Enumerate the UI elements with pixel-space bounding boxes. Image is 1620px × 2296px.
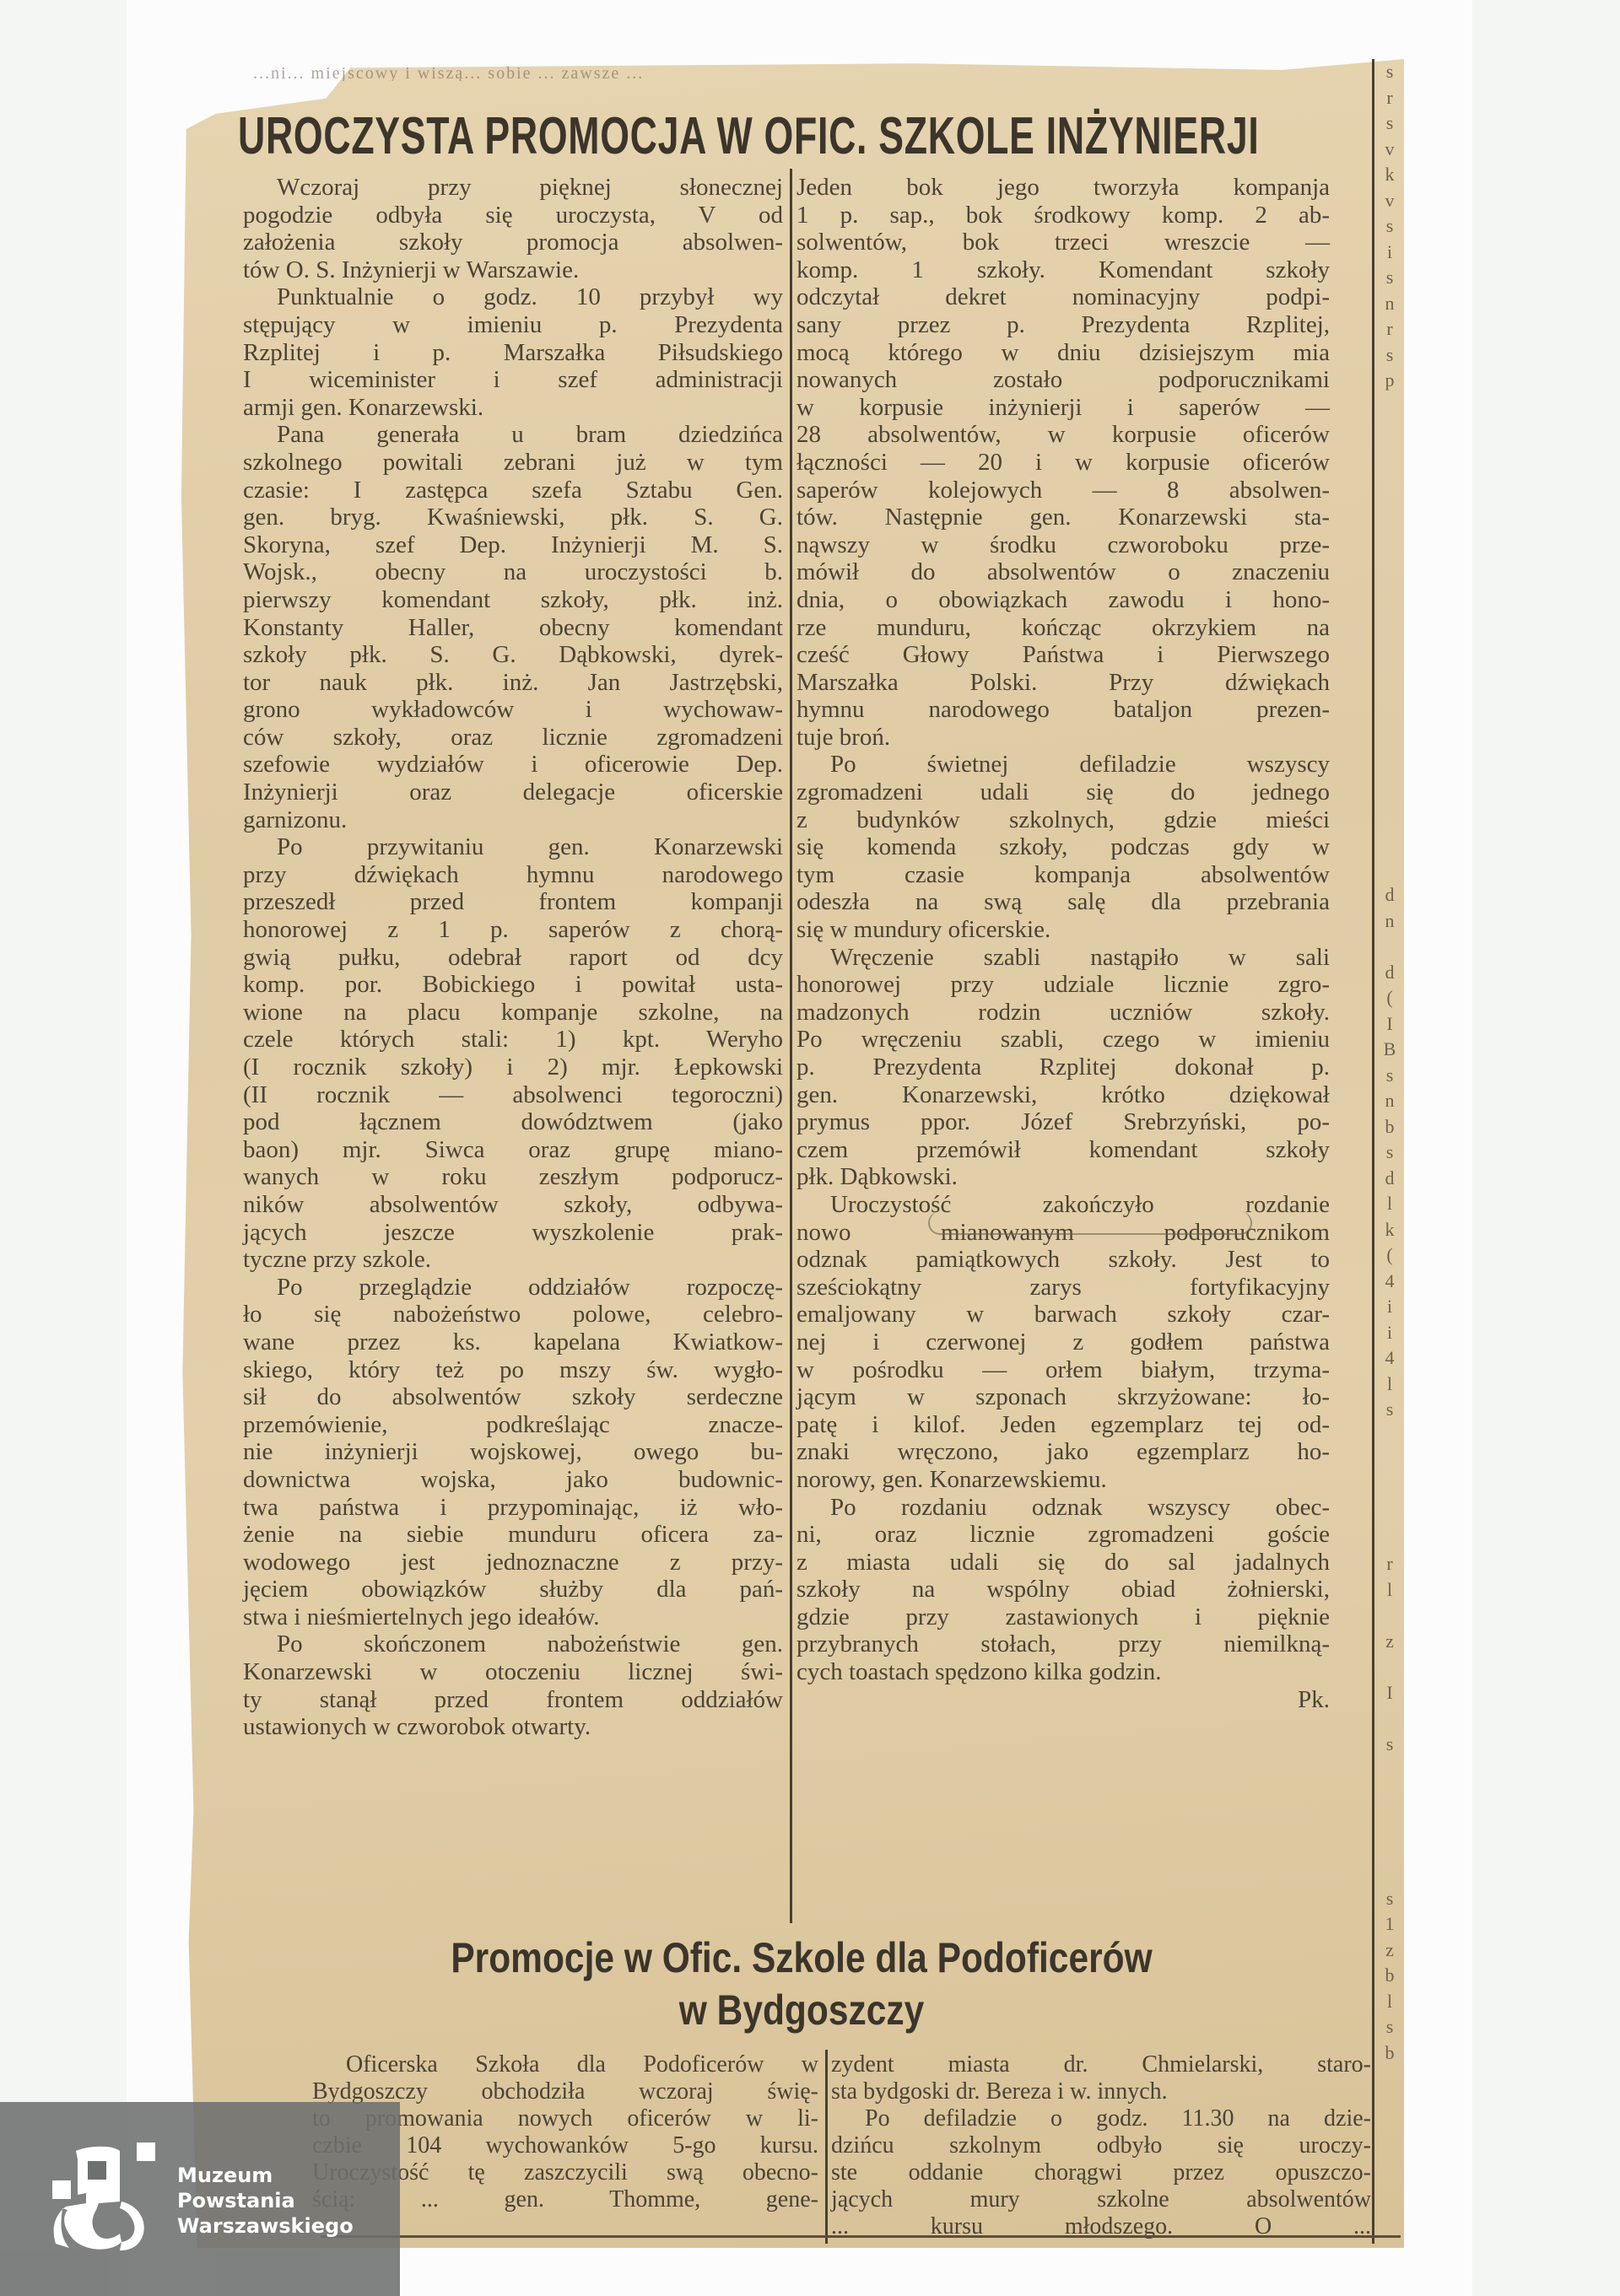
- text-line: gen. bryg. Kwaśniewski, płk. S. G.: [243, 504, 783, 531]
- text-line: hymnu narodowego bataljon prezen-: [796, 696, 1330, 724]
- edge-letter: [1377, 1757, 1402, 1783]
- text-line: gdzie przy zastawionych i pięknie: [796, 1603, 1330, 1631]
- text-line: ców szkoły, oraz licznie zgromadzeni: [243, 724, 783, 752]
- text-line: nąwszy w środku czworoboku prze-: [796, 531, 1330, 559]
- edge-letter: r: [1377, 316, 1402, 342]
- museum-name: Muzeum Powstania Warszawskiego: [177, 2163, 354, 2239]
- edge-letter: s: [1377, 1397, 1402, 1423]
- edge-letter: s: [1377, 213, 1402, 240]
- text-line: dnia, o obowiązkach zawodu i hono-: [796, 586, 1330, 614]
- edge-letter: k: [1377, 1217, 1402, 1243]
- text-line: ste oddanie chorągwi przez opuszczo-: [831, 2159, 1371, 2186]
- edge-letter: l: [1377, 1577, 1402, 1603]
- text-line: baon) mjr. Siwca oraz grupę miano-: [243, 1136, 783, 1164]
- edge-letter: [1377, 497, 1402, 523]
- edge-letter: I: [1377, 1680, 1402, 1706]
- edge-letter: [1377, 419, 1402, 445]
- text-line: żenie na siebie munduru oficera za-: [243, 1521, 783, 1549]
- text-line: tyczne przy szkole.: [243, 1246, 783, 1274]
- text-line: Rzplitej i p. Marszałka Piłsudskiego: [243, 339, 783, 367]
- edge-letter: s: [1377, 2014, 1402, 2040]
- text-line: Po skończonem nabożeństwie gen.: [243, 1630, 783, 1658]
- text-line: madzonych rodzin uczniów szkoły.: [796, 999, 1330, 1027]
- edge-letter: i: [1377, 1294, 1402, 1320]
- text-line: emaljowany w barwach szkoły czar-: [796, 1301, 1330, 1329]
- text-line: pod łącznem dowództwem (jako: [243, 1108, 783, 1136]
- text-line: garnizonu.: [243, 806, 783, 834]
- edge-letter: s: [1377, 110, 1402, 137]
- text-line: w korpusie inżynierji i saperów —: [796, 394, 1330, 422]
- edge-letter: s: [1377, 59, 1402, 85]
- pen-underline-mark: [928, 1211, 1252, 1235]
- text-line: odczytał dekret nominacyjny podpi-: [796, 283, 1330, 311]
- kotwica-anchor-icon: [52, 2142, 158, 2252]
- text-line: Po rozdaniu odznak wszyscy obec-: [796, 1494, 1330, 1522]
- edge-letter: [1377, 625, 1402, 651]
- adjacent-column-fragment: srsvkvsisnrsp dn d(IBsnbsdlk(4ii4ls rl z…: [1377, 59, 1402, 2252]
- text-line: czele których stali: 1) kpt. Weryho: [243, 1026, 783, 1054]
- edge-letter: z: [1377, 1938, 1402, 1964]
- edge-letter: [1377, 806, 1402, 832]
- text-line: założenia szkoły promocja absolwen-: [243, 229, 783, 256]
- text-line: mocą którego w dniu dzisiejszym mia: [796, 339, 1330, 367]
- edge-letter: s: [1377, 1886, 1402, 1912]
- edge-letter: r: [1377, 85, 1402, 111]
- text-line: gen. Konarzewski, krótko dziękował: [796, 1081, 1330, 1109]
- text-line: nej i czerwonej z godłem państwa: [796, 1329, 1330, 1356]
- column-rule-2: [825, 2050, 828, 2244]
- text-line: mówił do absolwentów o znaczeniu: [796, 558, 1330, 586]
- edge-letter: (: [1377, 1242, 1402, 1269]
- text-line: stępujący w imieniu p. Prezydenta: [243, 311, 783, 339]
- text-line: znaki wręczono, jako egzemplarz ho-: [796, 1438, 1330, 1466]
- text-line: Skoryna, szef Dep. Inżynierji M. S.: [243, 531, 783, 559]
- text-line: przy dźwiękach hymnu narodowego: [243, 861, 783, 889]
- text-line: komp. 1 szkoły. Komendant szkoły: [796, 256, 1330, 284]
- article-2-right-column: zydent miasta dr. Chmielarski, staro-sta…: [831, 2051, 1371, 2240]
- edge-letter: [1377, 1474, 1402, 1501]
- text-line: ustawionych w czworobok otwarty.: [243, 1713, 783, 1741]
- edge-letter: 1: [1377, 1911, 1402, 1938]
- text-line: Pana generała u bram dziedzińca: [243, 421, 783, 449]
- edge-letter: [1377, 676, 1402, 703]
- edge-letter: [1377, 934, 1402, 960]
- text-line: Po przywitaniu gen. Konarzewski: [243, 833, 783, 861]
- text-line: skiego, który też po mszy św. wygło-: [243, 1356, 783, 1384]
- text-line: sta bydgoski dr. Bereza i w. innych.: [831, 2078, 1371, 2105]
- text-line: (I rocznik szkoły) i 2) mjr. Łepkowski: [243, 1054, 783, 1081]
- edge-letter: [1377, 1808, 1402, 1835]
- text-line: szkoły na wspólny obiad żołnierski,: [796, 1576, 1330, 1603]
- edge-letter: [1377, 1654, 1402, 1680]
- text-line: wane przez ks. kapelana Kwiatkow-: [243, 1329, 783, 1356]
- text-line: armji gen. Konarzewski.: [243, 394, 783, 422]
- article-2-headline: Promocje w Ofic. Szkole dla Podoficerów …: [253, 1932, 1350, 2036]
- text-line: nie inżynierji wojskowej, owego bu-: [243, 1438, 783, 1466]
- text-line: pierwszy komendant szkoły, płk. inż.: [243, 586, 783, 614]
- edge-letter: [1377, 831, 1402, 857]
- text-line: tuje broń.: [796, 724, 1330, 752]
- text-line: 1 p. sap., bok środkowy komp. 2 ab-: [796, 202, 1330, 229]
- edge-letter: s: [1377, 342, 1402, 369]
- edge-letter: [1377, 1603, 1402, 1629]
- edge-letter: z: [1377, 1629, 1402, 1655]
- edge-letter: [1377, 1860, 1402, 1886]
- text-line: nowanych zostało podporucznikami: [796, 366, 1330, 394]
- text-line: odeszła na swą salę dla przebrania: [796, 888, 1330, 916]
- column-rule: [790, 169, 792, 1923]
- edge-letter: l: [1377, 1372, 1402, 1398]
- edge-letter: d: [1377, 882, 1402, 908]
- text-line: szkolnego powitali zebrani już w tym: [243, 449, 783, 477]
- text-line: odznak pamiątkowych szkoły. Jest to: [796, 1246, 1330, 1274]
- edge-letter: n: [1377, 291, 1402, 317]
- text-line: czem przemówił komendant szkoły: [796, 1136, 1330, 1164]
- edge-letter: [1377, 548, 1402, 574]
- text-line: honorowej z 1 p. saperów z chorą-: [243, 916, 783, 944]
- text-line: Inżynierji oraz delegacje oficerskie: [243, 779, 783, 806]
- torn-top-fragment: ...ni... miejscowy i wiszą... sobie ... …: [253, 64, 1012, 81]
- text-line: grono wykładowców i wychowaw-: [243, 696, 783, 724]
- edge-letter: b: [1377, 1963, 1402, 1989]
- edge-letter: [1377, 600, 1402, 626]
- text-line: zgromadzeni udali się do jednego: [796, 779, 1330, 806]
- edge-letter: [1377, 445, 1402, 472]
- article-1-right-column: Jeden bok jego tworzyła kompanja1 p. sap…: [796, 174, 1330, 1713]
- text-line: Wojsk., obecny na uroczystości b.: [243, 558, 783, 586]
- text-line: wodowego jest jednoznaczne z przy-: [243, 1549, 783, 1576]
- edge-letter: [1377, 1835, 1402, 1861]
- edge-letter: 4: [1377, 1345, 1402, 1372]
- text-line: przemówienie, podkreślając znacze-: [243, 1411, 783, 1439]
- article-1-left-column: Wczoraj przy pięknej słonecznejpogodzie …: [243, 174, 783, 1741]
- edge-letter: [1377, 1526, 1402, 1552]
- text-line: się komenda szkoły, podczas gdy w: [796, 833, 1330, 861]
- edge-letter: k: [1377, 162, 1402, 188]
- museum-name-line-3: Warszawskiego: [177, 2213, 354, 2239]
- text-line: ni, oraz licznie zgromadzeni goście: [796, 1521, 1330, 1549]
- text-line: prymus ppor. Józef Srebrzyński, po-: [796, 1108, 1330, 1136]
- edge-letter: p: [1377, 368, 1402, 394]
- edge-letter: B: [1377, 1037, 1402, 1063]
- edge-letter: [1377, 1706, 1402, 1732]
- edge-letter: [1377, 651, 1402, 677]
- text-line: Konarzewski w otoczeniu licznej świ-: [243, 1658, 783, 1686]
- edge-letter: I: [1377, 1011, 1402, 1038]
- text-line: łączności — 20 i w korpusie oficerów: [796, 449, 1330, 477]
- text-line: Wczoraj przy pięknej słonecznej: [243, 174, 783, 202]
- text-line: Po świetnej defiladzie wszyscy: [796, 751, 1330, 779]
- text-line: twa państwa i przypominając, iż wło-: [243, 1494, 783, 1522]
- text-line: szkoły płk. S. G. Dąbkowski, dyrek-: [243, 641, 783, 669]
- edge-letter: s: [1377, 1732, 1402, 1758]
- bottom-tear-line: [321, 2235, 1401, 2238]
- text-line: tów. Następnie gen. Konarzewski sta-: [796, 504, 1330, 531]
- edge-letter: s: [1377, 265, 1402, 291]
- edge-letter: l: [1377, 1989, 1402, 2015]
- edge-letter: s: [1377, 1063, 1402, 1089]
- museum-name-line-1: Muzeum: [177, 2163, 354, 2188]
- text-line: pogodzie odbyła się uroczysta, V od: [243, 202, 783, 229]
- article-2-headline-line-1: Promocje w Ofic. Szkole dla Podoficerów: [336, 1932, 1268, 1984]
- edge-letter: d: [1377, 1166, 1402, 1192]
- text-line: wanych w roku zeszłym podporucz-: [243, 1163, 783, 1191]
- edge-letter: r: [1377, 1551, 1402, 1577]
- edge-letter: [1377, 703, 1402, 729]
- text-line: I wiceminister i szef administracji: [243, 366, 783, 394]
- text-line: tów O. S. Inżynierji w Warszawie.: [243, 256, 783, 284]
- text-line: z budynków szkolnych, gdzie mieści: [796, 806, 1330, 834]
- edge-letter: [1377, 754, 1402, 780]
- edge-letter: [1377, 574, 1402, 600]
- text-line: p. Prezydenta Rzplitej dokonał p.: [796, 1054, 1330, 1081]
- edge-letter: [1377, 779, 1402, 806]
- text-line: (II rocznik — absolwenci tegoroczni): [243, 1081, 783, 1109]
- edge-letter: (: [1377, 985, 1402, 1011]
- edge-letter: [1377, 471, 1402, 497]
- text-line: przybranych stołach, przy niemilkną-: [796, 1630, 1330, 1658]
- edge-letter: i: [1377, 1320, 1402, 1346]
- edge-letter: [1377, 1423, 1402, 1449]
- edge-letter: l: [1377, 1191, 1402, 1217]
- edge-letter: v: [1377, 137, 1402, 163]
- edge-letter: 4: [1377, 1269, 1402, 1295]
- text-line: 28 absolwentów, w korpusie oficerów: [796, 421, 1330, 449]
- text-line: z miasta udali się do sal jadalnych: [796, 1549, 1330, 1576]
- text-line: przeszedł przed frontem kompanji: [243, 888, 783, 916]
- text-line: saperów kolejowych — 8 absolwen-: [796, 477, 1330, 504]
- museum-name-line-2: Powstania: [177, 2188, 354, 2213]
- edge-letter: [1377, 1448, 1402, 1474]
- text-line: tor nauk płk. inż. Jan Jastrzębski,: [243, 669, 783, 697]
- text-line: się w mundury oficerskie.: [796, 916, 1330, 944]
- text-line: ników absolwentów szkoły, odbywa-: [243, 1191, 783, 1219]
- text-line: jących jeszcze wyszkolenie prak-: [243, 1219, 783, 1247]
- museum-watermark: Muzeum Powstania Warszawskiego: [0, 2102, 400, 2296]
- text-line: Punktualnie o godz. 10 przybył wy: [243, 283, 783, 311]
- text-line: wione na placu kompanje szkolne, na: [243, 999, 783, 1027]
- text-line: jących mury szkolne absolwentów: [831, 2186, 1371, 2213]
- edge-letter: [1377, 857, 1402, 883]
- edge-letter: [1377, 394, 1402, 420]
- text-line: Wręczenie szabli nastąpiło w sali: [796, 944, 1330, 972]
- text-line: jącym w szponach skrzyżowane: ło-: [796, 1383, 1330, 1411]
- text-line: gwią pułku, odebrał raport od dcy: [243, 944, 783, 972]
- text-line: płk. Dąbkowski.: [796, 1163, 1330, 1191]
- text-line: cych toastach spędzono kilka godzin.: [796, 1658, 1330, 1686]
- text-line: norowy, gen. Konarzewskiemu.: [796, 1466, 1330, 1494]
- edge-letter: v: [1377, 188, 1402, 214]
- text-line: rze munduru, kończąc okrzykiem na: [796, 614, 1330, 642]
- text-line: downictwa wojska, jako budownic-: [243, 1466, 783, 1494]
- text-line: dzińcu szkolnym odbyło się uroczy-: [831, 2132, 1371, 2159]
- article-1-headline: UROCZYSTA PROMOCJA W OFIC. SZKOLE INŻYNI…: [238, 105, 1022, 169]
- text-line: sany przez p. Prezydenta Rzplitej,: [796, 311, 1330, 339]
- text-line: solwentów, bok trzeci wreszcie —: [796, 229, 1330, 256]
- text-line: zydent miasta dr. Chmielarski, staro-: [831, 2051, 1371, 2078]
- text-line: Po przeglądzie oddziałów rozpoczę-: [243, 1274, 783, 1302]
- edge-letter: b: [1377, 2040, 1402, 2067]
- edge-letter: [1377, 1783, 1402, 1809]
- text-line: Marszałka Polski. Przy dźwiękach: [796, 669, 1330, 697]
- text-line: sześciokątny zarys fortyfikacyjny: [796, 1274, 1330, 1302]
- edge-letter: n: [1377, 1088, 1402, 1114]
- edge-letter: [1377, 1500, 1402, 1526]
- page-edge-rule: [1372, 59, 1374, 2244]
- edge-letter: i: [1377, 240, 1402, 266]
- edge-letter: d: [1377, 960, 1402, 986]
- text-line: Konstanty Haller, obecny komendant: [243, 614, 783, 642]
- edge-letter: [1377, 522, 1402, 548]
- text-line: honorowej przy udziale licznie zgro-: [796, 971, 1330, 999]
- text-line: Oficerska Szkoła dla Podoficerów w: [312, 2051, 818, 2078]
- edge-letter: [1377, 728, 1402, 754]
- text-line: Jeden bok jego tworzyła kompanja: [796, 174, 1330, 202]
- text-line: szefowie wydziałów i oficerowie Dep.: [243, 751, 783, 779]
- text-line: sił do absolwentów szkoły serdeczne: [243, 1383, 783, 1411]
- text-line: jęciem obowiązków służby dla pań-: [243, 1576, 783, 1603]
- text-line: Pk.: [796, 1686, 1330, 1714]
- text-line: Po defiladzie o godz. 11.30 na dzie-: [831, 2105, 1371, 2132]
- text-line: w pośrodku — orłem białym, trzyma-: [796, 1356, 1330, 1384]
- text-line: Po wręczeniu szabli, czego w imieniu: [796, 1026, 1330, 1054]
- text-line: ło się nabożeństwo polowe, celebro-: [243, 1301, 783, 1329]
- text-line: ty stanął przed frontem oddziałów: [243, 1686, 783, 1714]
- text-line: stwa i nieśmiertelnych jego ideałów.: [243, 1603, 783, 1631]
- text-line: tym czasie kompanja absolwentów: [796, 861, 1330, 889]
- text-line: cześć Głowy Państwa i Pierwszego: [796, 641, 1330, 669]
- edge-letter: b: [1377, 1114, 1402, 1140]
- edge-letter: n: [1377, 908, 1402, 935]
- text-line: komp. por. Bobickiego i powitał usta-: [243, 971, 783, 999]
- text-line: patę i kilof. Jeden egzemplarz tej od-: [796, 1411, 1330, 1439]
- text-line: czasie: I zastępca szefa Sztabu Gen.: [243, 477, 783, 504]
- article-2-headline-line-2: w Bydgoszczy: [336, 1984, 1268, 2036]
- edge-letter: s: [1377, 1140, 1402, 1166]
